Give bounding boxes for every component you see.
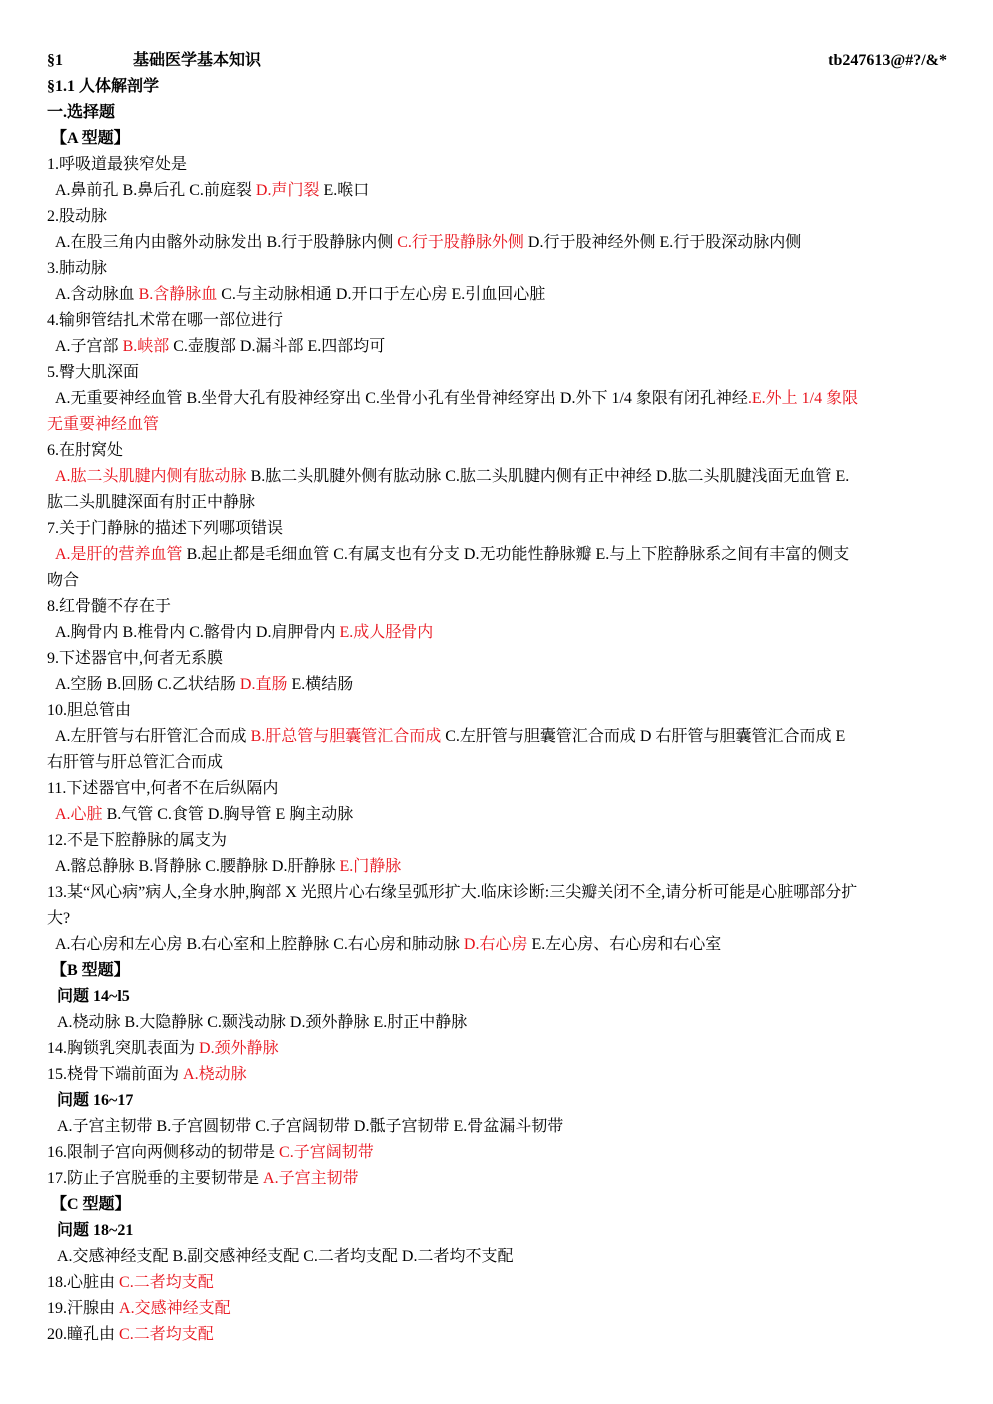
correct-answer: A.肱二头肌腱内侧有肱动脉 xyxy=(55,468,247,485)
correct-answer: D.右心房 xyxy=(464,936,528,953)
section-title: 基础医学基本知识 xyxy=(133,52,261,69)
question-stem: 6.在肘窝处 xyxy=(47,438,123,464)
correct-answer: D.直肠 xyxy=(240,676,288,693)
part-heading: 一.选择题 xyxy=(47,100,115,126)
correct-answer: .E.外上 1/4 象限 xyxy=(748,390,858,407)
answer-text: C.二者均支配 xyxy=(119,1274,214,1291)
answer-options-continued: 肱二头肌腱深面有肘正中静脉 xyxy=(47,490,255,516)
document-code: tb247613@#?/&* xyxy=(828,48,947,74)
answer-options: A.肱二头肌腱内侧有肱动脉 B.肱二头肌腱外侧有肱动脉 C.肱二头肌腱内侧有正中… xyxy=(47,464,849,490)
correct-answer: A.是肝的营养血管 xyxy=(55,546,183,563)
option-text: 右肝管与肝总管汇合而成 xyxy=(47,754,223,771)
question-stem: 8.红骨髓不存在于 xyxy=(47,594,171,620)
option-text: 肱二头肌腱深面有肘正中静脉 xyxy=(47,494,255,511)
answer-text: C.子宫阔韧带 xyxy=(279,1144,374,1161)
answer-text: C.二者均支配 xyxy=(119,1326,214,1343)
answer-options: A.含动脉血 B.含静脉血 C.与主动脉相通 D.开口于左心房 E.引血回心脏 xyxy=(47,282,545,308)
correct-answer: E.成人胫骨内 xyxy=(339,624,433,641)
answer-options: A.髂总静脉 B.肾静脉 C.腰静脉 D.肝静脉 E.门静脉 xyxy=(47,854,401,880)
option-text: E.左心房、右心房和右心室 xyxy=(527,936,721,953)
question-19: 19.汗腺由 A.交感神经支配 xyxy=(47,1296,231,1322)
option-text: E.横结肠 xyxy=(287,676,353,693)
question-17: 17.防止子宫脱垂的主要韧带是 A.子宫主韧带 xyxy=(47,1166,359,1192)
answer-options: A.心脏 B.气管 C.食管 D.胸导管 E 胸主动脉 xyxy=(47,802,353,828)
question-text: 19.汗腺由 xyxy=(47,1300,119,1317)
answer-options: A.无重要神经血管 B.坐骨大孔有股神经穿出 C.坐骨小孔有坐骨神经穿出 D.外… xyxy=(47,386,858,412)
correct-answer: E.门静脉 xyxy=(339,858,401,875)
option-text: A.在股三角内由髂外动脉发出 B.行于股静脉内侧 xyxy=(55,234,397,251)
option-text: C.左肝管与胆囊管汇合而成 D 右肝管与胆囊管汇合而成 E xyxy=(441,728,845,745)
type-a-heading: 【A 型题】 xyxy=(51,126,130,152)
answer-options-continued: 吻合 xyxy=(47,568,79,594)
option-text: E.喉口 xyxy=(319,182,369,199)
question-stem: 7.关于门静脉的描述下列哪项错误 xyxy=(47,516,283,542)
correct-answer: B.含静脉血 xyxy=(139,286,218,303)
question-stem: 1.呼吸道最狭窄处是 xyxy=(47,152,187,178)
question-stem-continued: 大? xyxy=(47,906,70,932)
option-text: C.与主动脉相通 D.开口于左心房 E.引血回心脏 xyxy=(217,286,545,303)
question-text: 18.心脏由 xyxy=(47,1274,119,1291)
question-stem: 10.胆总管由 xyxy=(47,698,131,724)
question-text: 14.胸锁乳突肌表面为 xyxy=(47,1040,199,1057)
question-20: 20.瞳孔由 C.二者均支配 xyxy=(47,1322,214,1348)
answer-text: A.桡动脉 xyxy=(183,1066,247,1083)
option-text: A.空肠 B.回肠 C.乙状结肠 xyxy=(55,676,240,693)
option-text: A.右心房和左心房 B.右心室和上腔静脉 C.右心房和肺动脉 xyxy=(55,936,464,953)
option-text: A.左肝管与右肝管汇合而成 xyxy=(55,728,251,745)
option-text: B.肱二头肌腱外侧有肱动脉 C.肱二头肌腱内侧有正中神经 D.肱二头肌腱浅面无血… xyxy=(247,468,850,485)
option-text: B.起止都是毛细血管 C.有属支也有分支 D.无功能性静脉瓣 E.与上下腔静脉系… xyxy=(183,546,850,563)
correct-answer: C.行于股静脉外侧 xyxy=(397,234,524,251)
option-text: A.含动脉血 xyxy=(55,286,139,303)
question-15: 15.桡骨下端前面为 A.桡动脉 xyxy=(47,1062,247,1088)
question-16: 16.限制子宫向两侧移动的韧带是 C.子宫阔韧带 xyxy=(47,1140,374,1166)
question-stem: 4.输卵管结扎术常在哪一部位进行 xyxy=(47,308,283,334)
type-c-heading: 【C 型题】 xyxy=(51,1192,131,1218)
answer-text: D.颈外静脉 xyxy=(199,1040,279,1057)
answer-options: A.鼻前孔 B.鼻后孔 C.前庭裂 D.声门裂 E.喉口 xyxy=(47,178,369,204)
correct-answer: B.肝总管与胆囊管汇合而成 xyxy=(251,728,442,745)
question-stem: 12.不是下腔静脉的属支为 xyxy=(47,828,227,854)
option-text: C.壶腹部 D.漏斗部 E.四部均可 xyxy=(169,338,385,355)
question-stem: 3.肺动脉 xyxy=(47,256,107,282)
chapter-heading: §1基础医学基本知识 tb247613@#?/&* xyxy=(47,48,947,74)
correct-answer: 无重要神经血管 xyxy=(47,416,159,433)
correct-answer: A.心脏 xyxy=(55,806,103,823)
answer-options: A.在股三角内由髂外动脉发出 B.行于股静脉内侧 C.行于股静脉外侧 D.行于股… xyxy=(47,230,801,256)
answer-options: A.左肝管与右肝管汇合而成 B.肝总管与胆囊管汇合而成 C.左肝管与胆囊管汇合而… xyxy=(47,724,845,750)
question-stem: 9.下述器官中,何者无系膜 xyxy=(47,646,223,672)
subsection-heading: §1.1 人体解剖学 xyxy=(47,74,159,100)
option-text: A.鼻前孔 B.鼻后孔 C.前庭裂 xyxy=(55,182,256,199)
question-stem: 2.股动脉 xyxy=(47,204,107,230)
answer-options: A.右心房和左心房 B.右心室和上腔静脉 C.右心房和肺动脉 D.右心房 E.左… xyxy=(47,932,721,958)
answer-text: A.子宫主韧带 xyxy=(263,1170,359,1187)
correct-answer: D.声门裂 xyxy=(256,182,320,199)
answer-options: A.是肝的营养血管 B.起止都是毛细血管 C.有属支也有分支 D.无功能性静脉瓣… xyxy=(47,542,849,568)
answer-options-continued: 右肝管与肝总管汇合而成 xyxy=(47,750,223,776)
group-options: A.交感神经支配 B.副交感神经支配 C.二者均支配 D.二者均不支配 xyxy=(47,1244,513,1270)
question-14: 14.胸锁乳突肌表面为 D.颈外静脉 xyxy=(47,1036,279,1062)
answer-options: A.空肠 B.回肠 C.乙状结肠 D.直肠 E.横结肠 xyxy=(47,672,353,698)
option-text: A.髂总静脉 B.肾静脉 C.腰静脉 D.肝静脉 xyxy=(55,858,339,875)
option-text: A.子宫部 xyxy=(55,338,123,355)
question-stem: 13.某“风心病”病人,全身水肿,胸部 X 光照片心右缘呈弧形扩大.临床诊断:三… xyxy=(47,880,857,906)
option-text: 吻合 xyxy=(47,572,79,589)
question-text: 16.限制子宫向两侧移动的韧带是 xyxy=(47,1144,279,1161)
group-title: 问题 14~l5 xyxy=(47,984,130,1010)
correct-answer: B.峡部 xyxy=(123,338,170,355)
group-options: A.桡动脉 B.大隐静脉 C.颞浅动脉 D.颈外静脉 E.肘正中静脉 xyxy=(47,1010,467,1036)
option-text: D.行于股神经外侧 E.行于股深动脉内侧 xyxy=(524,234,801,251)
option-text: B.气管 C.食管 D.胸导管 E 胸主动脉 xyxy=(103,806,354,823)
answer-options-continued: 无重要神经血管 xyxy=(47,412,159,438)
type-b-heading: 【B 型题】 xyxy=(51,958,130,984)
question-stem: 11.下述器官中,何者不在后纵隔内 xyxy=(47,776,278,802)
section-number: §1 xyxy=(47,48,133,74)
option-text: A.无重要神经血管 B.坐骨大孔有股神经穿出 C.坐骨小孔有坐骨神经穿出 D.外… xyxy=(55,390,748,407)
question-18: 18.心脏由 C.二者均支配 xyxy=(47,1270,214,1296)
question-text: 17.防止子宫脱垂的主要韧带是 xyxy=(47,1170,263,1187)
group-title: 问题 18~21 xyxy=(47,1218,133,1244)
question-text: 20.瞳孔由 xyxy=(47,1326,119,1343)
answer-options: A.子宫部 B.峡部 C.壶腹部 D.漏斗部 E.四部均可 xyxy=(47,334,385,360)
answer-text: A.交感神经支配 xyxy=(119,1300,231,1317)
group-title: 问题 16~17 xyxy=(47,1088,133,1114)
question-text: 15.桡骨下端前面为 xyxy=(47,1066,183,1083)
answer-options: A.胸骨内 B.椎骨内 C.髂骨内 D.肩胛骨内 E.成人胫骨内 xyxy=(47,620,433,646)
question-stem: 5.臀大肌深面 xyxy=(47,360,139,386)
option-text: A.胸骨内 B.椎骨内 C.髂骨内 D.肩胛骨内 xyxy=(55,624,339,641)
group-options: A.子宫主韧带 B.子宫圆韧带 C.子宫阔韧带 D.骶子宫韧带 E.骨盆漏斗韧带 xyxy=(47,1114,563,1140)
